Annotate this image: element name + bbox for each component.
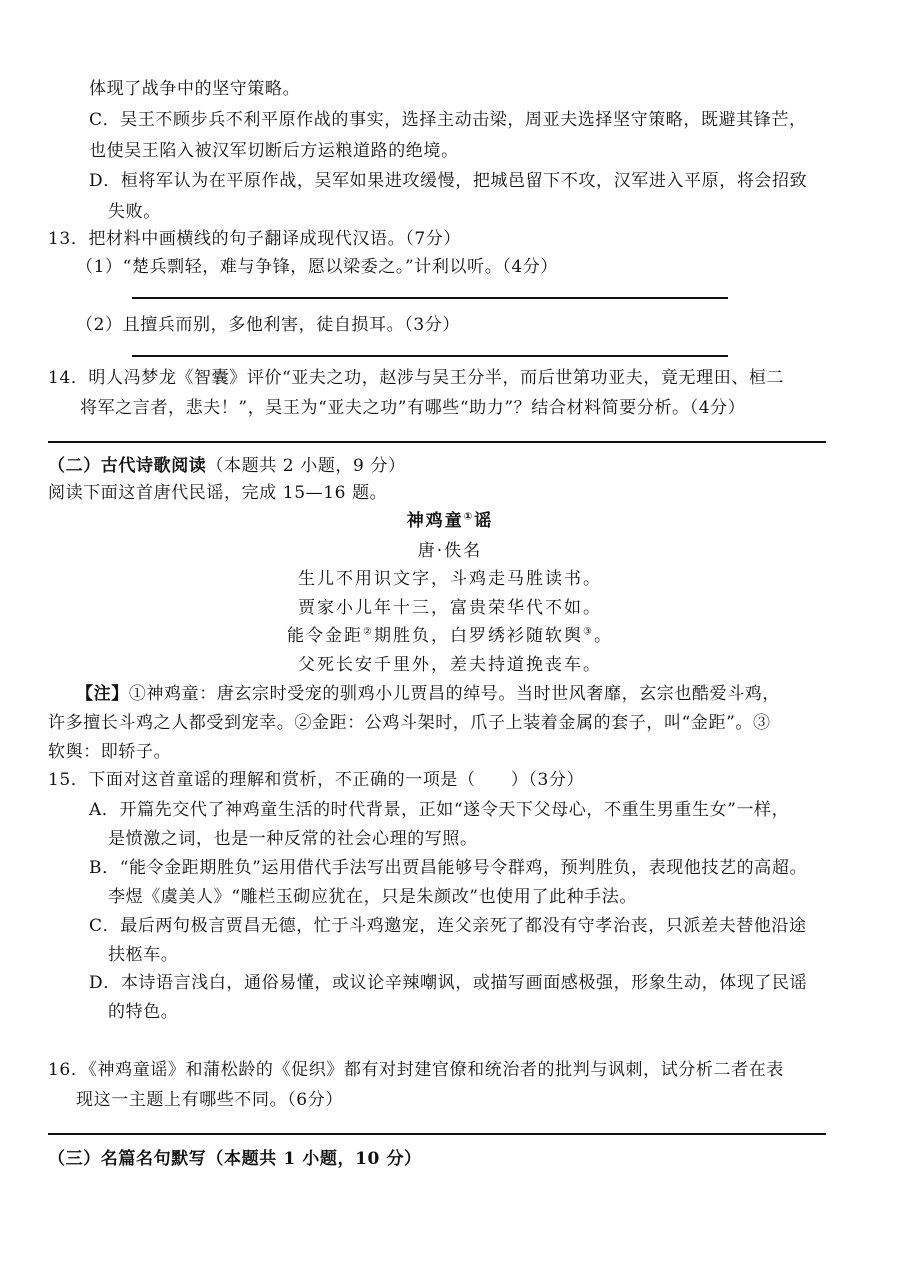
q12-option-d-line2: 失败。 — [108, 201, 161, 223]
q15-option-a-line2: 是愤激之词，也是一种反常的社会心理的写照。 — [108, 828, 478, 850]
q13-answer-line-2[interactable] — [132, 355, 728, 357]
poem-title-text-end: 谣 — [474, 511, 493, 531]
notes-text-1: ①神鸡童：唐玄宗时受宠的驯鸡小儿贾昌的绰号。当时世风奢靡，玄宗也酷爱斗鸡， — [129, 684, 780, 704]
q15-option-d-line2: 的特色。 — [108, 1001, 178, 1023]
poem-note-marker-3: ③ — [583, 626, 594, 637]
q15-stem: 15．下面对这首童谣的理解和赏析，不正确的一项是（ ）（3分） — [48, 769, 584, 791]
poem-line-3-part-c: 。 — [594, 626, 613, 646]
poem-line-2: 贾家小儿年十三，富贵荣华代不如。 — [0, 597, 900, 619]
poem-line-3-part-a: 能令金距 — [287, 626, 363, 646]
q13-part1: （1）“楚兵剽轻，难与争锋，愿以梁委之。”计利以听。（4分） — [76, 256, 558, 278]
q15-option-c-line2: 扶柩车。 — [108, 944, 178, 966]
poem-title: 神鸡童①谣 — [0, 510, 900, 532]
q12-option-d-line1: D．桓将军认为在平原作战，吴军如果进攻缓慢，把城邑留下不攻，汉军进入平原，将会招… — [89, 170, 807, 192]
poem-line-3: 能令金距②期胜负，白罗绣衫随软舆③。 — [0, 625, 900, 647]
poem-note-marker-2: ② — [363, 626, 374, 637]
notes-line-1: 【注】①神鸡童：唐玄宗时受宠的驯鸡小儿贾昌的绰号。当时世风奢靡，玄宗也酷爱斗鸡， — [76, 683, 780, 705]
poem-author: 唐·佚名 — [0, 540, 900, 562]
q15-option-c-line1: C．最后两句极言贾昌无德，忙于斗鸡邀宠，连父亲死了都没有守孝治丧，只派差夫替他沿… — [89, 915, 807, 937]
q12-option-c-line1: C．吴王不顾步兵不利平原作战的事实，选择主动击梁，周亚夫选择坚守策略，既避其锋芒… — [89, 109, 807, 131]
section2-title-bold: （二）古代诗歌阅读 — [48, 456, 206, 476]
q12-option-c-line2: 也使吴王陷入被汉军切断后方运粮道路的绝境。 — [89, 140, 459, 162]
section-divider-2 — [48, 1133, 826, 1135]
section3-title: （三）名篇名句默写（本题共 1 小题，10 分） — [48, 1148, 422, 1170]
q15-option-d-line1: D．本诗语言浅白，通俗易懂，或议论辛辣嘲讽，或描写画面感极强，形象生动，体现了民… — [89, 972, 807, 994]
notes-label: 【注】 — [76, 684, 129, 704]
notes-line-3: 软舆：即轿子。 — [48, 741, 171, 763]
q12-option-b-tail: 体现了战争中的坚守策略。 — [89, 78, 300, 100]
section-divider — [48, 441, 826, 443]
q15-option-b-line1: B．“能令金距期胜负”运用借代手法写出贾昌能够号令群鸡，预判胜负，表现他技艺的高… — [89, 857, 807, 879]
poem-title-text: 神鸡童 — [407, 511, 464, 531]
section2-title: （二）古代诗歌阅读（本题共 2 小题，9 分） — [48, 455, 406, 477]
q14-line2: 将军之言者，悲夫！”，吴王为“亚夫之功”有哪些“助力”？结合材料简要分析。（4分… — [80, 397, 745, 419]
notes-line-2: 许多擅长斗鸡之人都受到宠幸。②金距：公鸡斗架时，爪子上装着金属的套子，叫“金距”… — [48, 712, 771, 734]
q16-line1: 16．《神鸡童谣》和蒲松龄的《促织》都有对封建官僚和统治者的批判与讽刺，试分析二… — [48, 1059, 784, 1081]
poem-title-note-marker: ① — [464, 511, 474, 522]
q15-option-a-line1: A．开篇先交代了神鸡童生活的时代背景，正如“遂令天下父母心，不重生男重生女”一样… — [89, 799, 789, 821]
q15-option-b-line2: 李煜《虞美人》“雕栏玉砌应犹在，只是朱颜改”也使用了此种手法。 — [108, 886, 637, 908]
q13-answer-line-1[interactable] — [132, 297, 728, 299]
q16-line2: 现这一主题上有哪些不同。（6分） — [76, 1089, 343, 1111]
q13-stem: 13．把材料中画横线的句子翻译成现代汉语。（7分） — [48, 228, 461, 250]
poem-line-4: 父死长安千里外，差夫持道挽丧车。 — [0, 654, 900, 676]
poem-line-3-part-b: 期胜负，白罗绣衫随软舆 — [374, 626, 583, 646]
q13-part2: （2）且擅兵而别，多他利害，徒自损耳。（3分） — [76, 314, 460, 336]
section2-instruction: 阅读下面这首唐代民谣，完成 15—16 题。 — [48, 482, 387, 504]
section2-title-rest: （本题共 2 小题，9 分） — [206, 456, 405, 476]
q14-line1: 14．明人冯梦龙《智囊》评价“亚夫之功，赵涉与吴王分半，而后世第功亚夫，竟无理田… — [48, 367, 784, 389]
poem-line-1: 生儿不用识文字，斗鸡走马胜读书。 — [0, 568, 900, 590]
